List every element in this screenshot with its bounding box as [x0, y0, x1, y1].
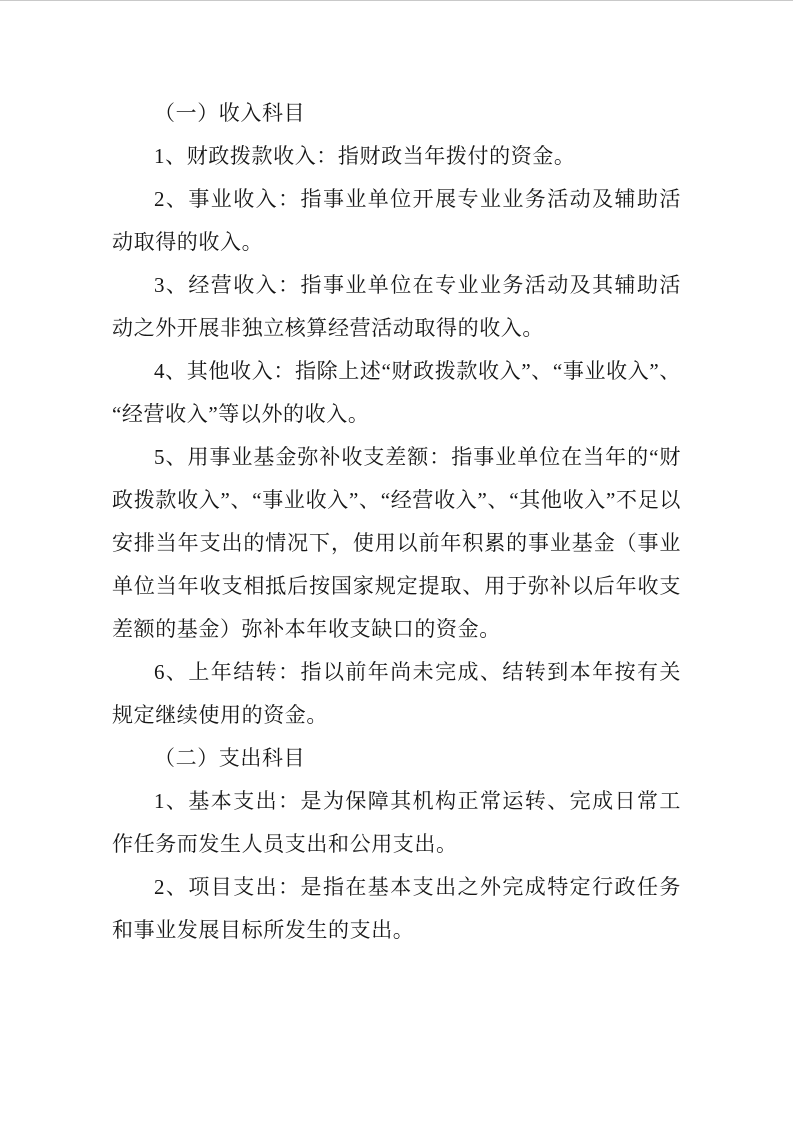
paragraph-income-2: 2、事业收入：指事业单位开展专业业务活动及辅助活动取得的收入。: [112, 178, 681, 264]
paragraph-income-1: 1、财政拨款收入：指财政当年拨付的资金。: [112, 135, 681, 178]
paragraph-income-5: 5、用事业基金弥补收支差额：指事业单位在当年的“财政拨款收入”、“事业收入”、“…: [112, 436, 681, 651]
scan-edge-line: [0, 0, 793, 1]
paragraph-income-6: 6、上年结转：指以前年尚未完成、结转到本年按有关规定继续使用的资金。: [112, 651, 681, 737]
document-page: （一）收入科目 1、财政拨款收入：指财政当年拨付的资金。 2、事业收入：指事业单…: [0, 0, 793, 1122]
section-heading-income: （一）收入科目: [112, 92, 681, 135]
paragraph-expenditure-1: 1、基本支出：是为保障其机构正常运转、完成日常工作任务而发生人员支出和公用支出。: [112, 780, 681, 866]
section-heading-expenditure: （二）支出科目: [112, 737, 681, 780]
paragraph-income-4: 4、其他收入：指除上述“财政拨款收入”、“事业收入”、“经营收入”等以外的收入。: [112, 350, 681, 436]
paragraph-expenditure-2: 2、项目支出：是指在基本支出之外完成特定行政任务和事业发展目标所发生的支出。: [112, 866, 681, 952]
document-body: （一）收入科目 1、财政拨款收入：指财政当年拨付的资金。 2、事业收入：指事业单…: [112, 92, 681, 952]
paragraph-income-3: 3、经营收入：指事业单位在专业业务活动及其辅助活动之外开展非独立核算经营活动取得…: [112, 264, 681, 350]
